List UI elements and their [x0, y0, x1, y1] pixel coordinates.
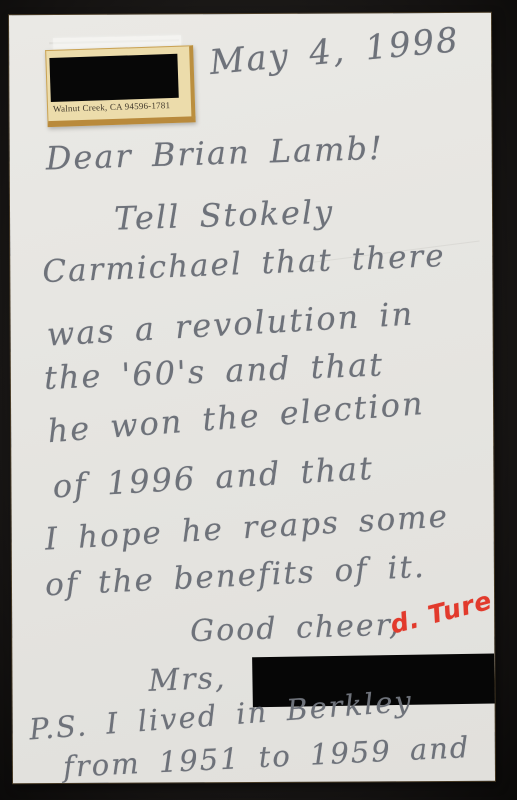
- body-line: the '60's and that: [43, 345, 384, 397]
- address-label-city: Walnut Creek, CA 94596-1781: [53, 99, 188, 113]
- body-line: I hope he reaps some: [44, 498, 450, 557]
- signature-line: Mrs,: [148, 661, 227, 699]
- body-line: Carmichael that there: [42, 238, 447, 290]
- body-line: Tell Stokely: [113, 193, 334, 238]
- body-line: of the benefits of it.: [44, 549, 426, 604]
- red-annotation: d. Ture: [387, 586, 495, 640]
- date-line: May 4, 1998: [208, 20, 461, 83]
- closing-line: Good cheer,: [190, 607, 401, 649]
- address-label: Walnut Creek, CA 94596-1781: [45, 45, 195, 127]
- letter-scan-photo: Walnut Creek, CA 94596-1781 May 4, 1998 …: [0, 0, 517, 800]
- redaction-bar-label: [49, 54, 178, 102]
- body-line: of 1996 and that: [52, 449, 375, 505]
- body-line: was a revolution in: [46, 295, 415, 354]
- salutation-line: Dear Brian Lamb!: [45, 129, 384, 178]
- letter-paper: Walnut Creek, CA 94596-1781 May 4, 1998 …: [9, 13, 495, 784]
